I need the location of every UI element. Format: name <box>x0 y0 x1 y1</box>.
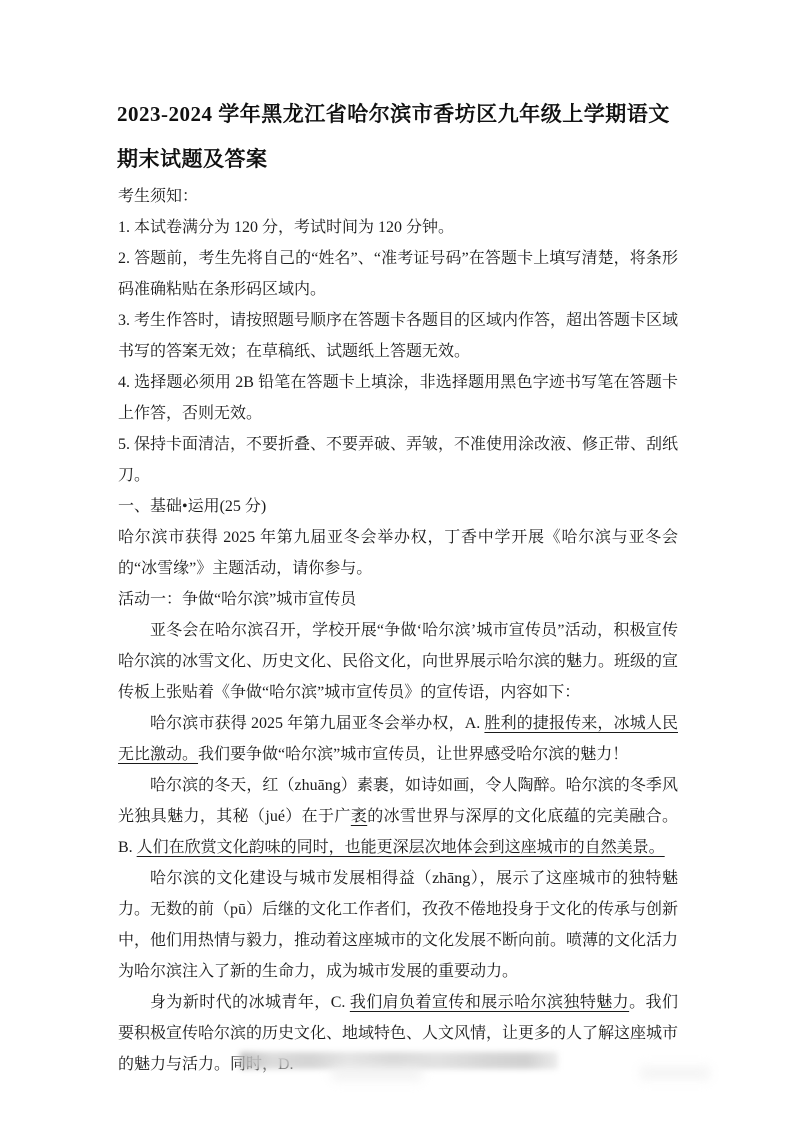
text-segment: 哈尔滨市获得 2025 年第九届亚冬会举办权，A. <box>150 715 484 732</box>
underlined-text: 人们在欣赏文化韵味的同时，也能更深层次地体会到这座城市的自然美景。 <box>137 839 665 856</box>
body-paragraph-4: 哈尔滨的文化建设与城市发展相得益（zhāng），展示了这座城市的独特魅力。无数的… <box>118 863 678 987</box>
text-segment: 哈尔滨的文化建设与城市发展相得益（zhāng），展示了这座城市的独特魅力。无数的… <box>118 870 678 980</box>
text-segment: 1. 本试卷满分为 120 分，考试时间为 120 分钟。 <box>118 219 454 236</box>
body-paragraph-1: 亚冬会在哈尔滨召开，学校开展“争做‘哈尔滨’城市宣传员”活动，积极宣传哈尔滨的冰… <box>118 615 678 708</box>
text-segment: 身为新时代的冰城青年，C. <box>150 994 350 1011</box>
text-segment: 活动一：争做“哈尔滨”城市宣传员 <box>118 591 356 608</box>
text-segment: 2. 答题前，考生先将自己的“姓名”、“准考证号码”在答题卡上填写清楚，将条形码… <box>118 250 678 298</box>
title-line-1: 2023-2024 学年黑龙江省哈尔滨市香坊区九年级上学期语文 <box>117 92 687 137</box>
section-heading: 一、基础•运用(25 分) <box>118 491 678 522</box>
notice-heading: 考生须知： <box>118 181 678 212</box>
text-segment: 3. 考生作答时，请按照题号顺序在答题卡各题目的区域内作答，超出答题卡区域书写的… <box>118 312 678 360</box>
text-segment: 我们要争做“哈尔滨”城市宣传员，让世界感受哈尔滨的魅力！ <box>198 746 628 763</box>
document-title: 2023-2024 学年黑龙江省哈尔滨市香坊区九年级上学期语文 期末试题及答案 <box>117 92 687 182</box>
document-page: 2023-2024 学年黑龙江省哈尔滨市香坊区九年级上学期语文 期末试题及答案 … <box>0 0 793 1122</box>
underlined-text: 袤 <box>351 808 367 825</box>
notice-item-2: 2. 答题前，考生先将自己的“姓名”、“准考证号码”在答题卡上填写清楚，将条形码… <box>118 243 678 305</box>
section-intro: 哈尔滨市获得 2025 年第九届亚冬会举办权，丁香中学开展《哈尔滨与亚冬会的“冰… <box>118 522 678 584</box>
underlined-text: 我们肩负着宣传和展示哈尔滨独特魅力 <box>350 994 629 1011</box>
blurred-watermark <box>240 1052 558 1069</box>
title-line-2: 期末试题及答案 <box>117 137 687 182</box>
text-segment: 5. 保持卡面清洁，不要折叠、不要弄破、弄皱，不准使用涂改液、修正带、刮纸刀。 <box>118 436 678 484</box>
notice-item-3: 3. 考生作答时，请按照题号顺序在答题卡各题目的区域内作答，超出答题卡区域书写的… <box>118 305 678 367</box>
text-segment: 哈尔滨市获得 2025 年第九届亚冬会举办权，丁香中学开展《哈尔滨与亚冬会的“冰… <box>118 529 678 577</box>
text-segment: 亚冬会在哈尔滨召开，学校开展“争做‘哈尔滨’城市宣传员”活动，积极宣传哈尔滨的冰… <box>118 622 678 701</box>
notice-item-5: 5. 保持卡面清洁，不要折叠、不要弄破、弄皱，不准使用涂改液、修正带、刮纸刀。 <box>118 429 678 491</box>
body-paragraph-3: 哈尔滨的冬天，红（zhuāng）素裹，如诗如画，令人陶醉。哈尔滨的冬季风光独具魅… <box>118 770 678 863</box>
document-body: 考生须知：1. 本试卷满分为 120 分，考试时间为 120 分钟。2. 答题前… <box>118 181 678 1080</box>
notice-item-4: 4. 选择题必须用 2B 铅笔在答题卡上填涂，非选择题用黑色字迹书写笔在答题卡上… <box>118 367 678 429</box>
body-paragraph-2: 哈尔滨市获得 2025 年第九届亚冬会举办权，A. 胜利的捷报传来，冰城人民无比… <box>118 708 678 770</box>
text-segment: 考生须知： <box>118 188 198 205</box>
text-segment: 4. 选择题必须用 2B 铅笔在答题卡上填涂，非选择题用黑色字迹书写笔在答题卡上… <box>118 374 678 422</box>
notice-item-1: 1. 本试卷满分为 120 分，考试时间为 120 分钟。 <box>118 212 678 243</box>
activity-heading: 活动一：争做“哈尔滨”城市宣传员 <box>118 584 678 615</box>
text-segment: 一、基础•运用(25 分) <box>118 498 266 515</box>
